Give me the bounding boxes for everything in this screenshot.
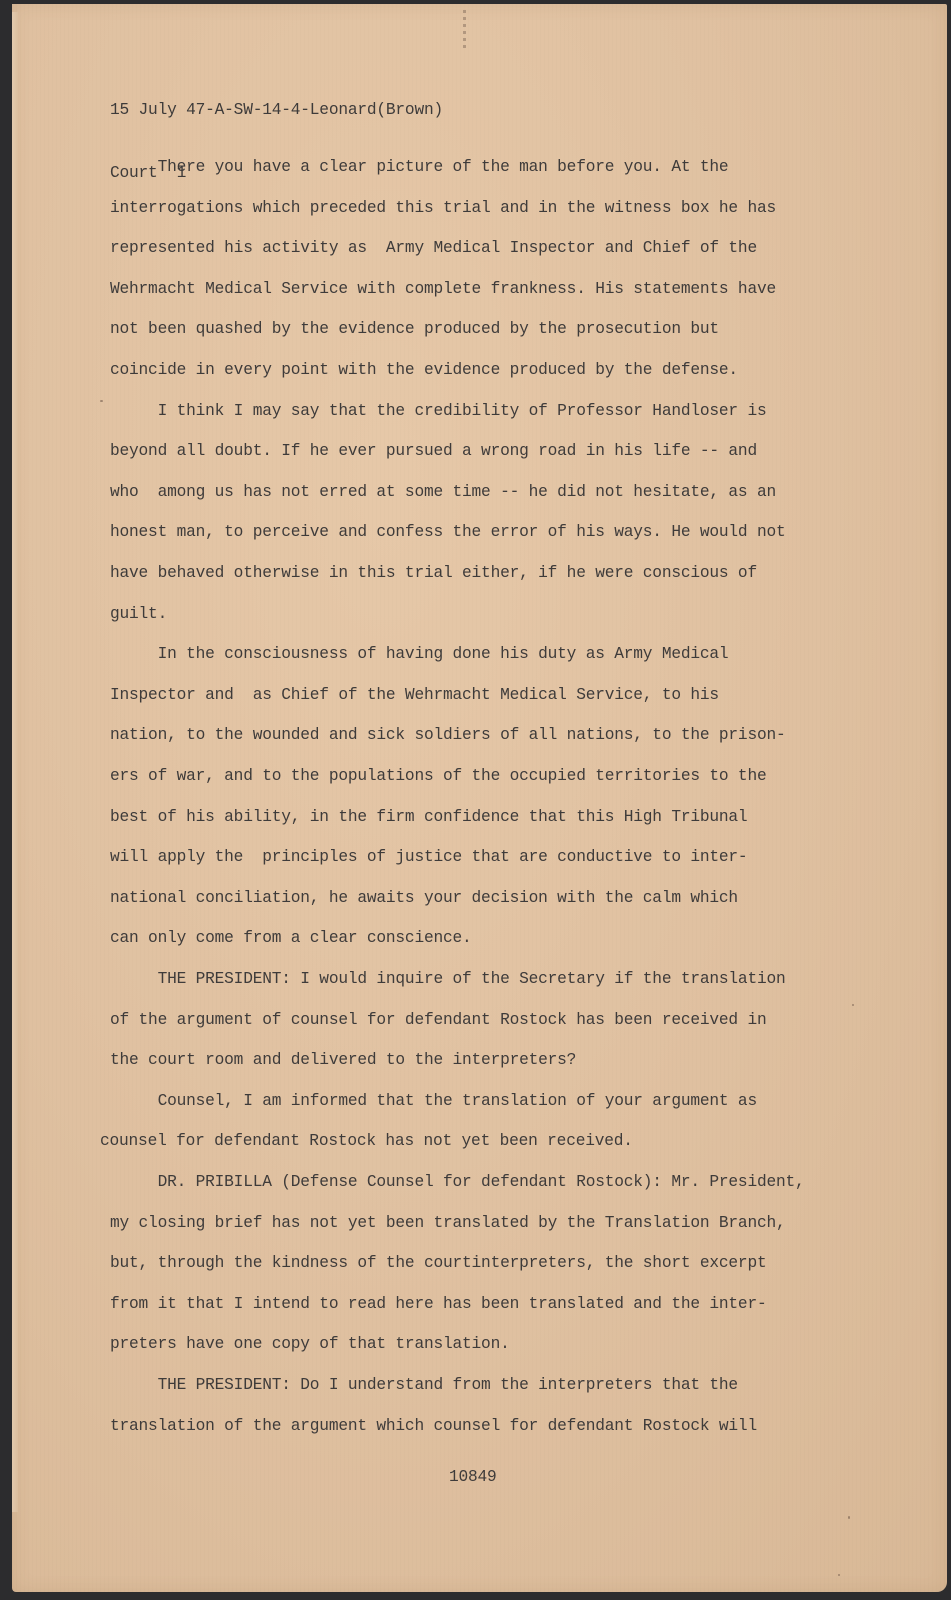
text-line: THE PRESIDENT: I would inquire of the Se… xyxy=(110,967,786,991)
paper-speck xyxy=(852,1004,854,1006)
text-line: Wehrmacht Medical Service with complete … xyxy=(110,277,776,301)
text-line: honest man, to perceive and confess the … xyxy=(110,520,786,544)
text-line: preters have one copy of that translatio… xyxy=(110,1332,510,1356)
text-line: ers of war, and to the populations of th… xyxy=(110,764,766,788)
text-line: counsel for defendant Rostock has not ye… xyxy=(100,1129,633,1153)
text-line: not been quashed by the evidence produce… xyxy=(110,317,719,341)
document-page: 15 July 47-A-SW-14-4-Leonard(Brown) Cour… xyxy=(12,4,947,1592)
text-line: best of his ability, in the firm confide… xyxy=(110,805,747,829)
text-line: There you have a clear picture of the ma… xyxy=(110,155,728,179)
text-line: my closing brief has not yet been transl… xyxy=(110,1211,786,1235)
text-line: have behaved otherwise in this trial eit… xyxy=(110,561,757,585)
text-line: In the consciousness of having done his … xyxy=(110,642,728,666)
text-line: will apply the principles of justice tha… xyxy=(110,845,747,869)
paper-speck xyxy=(838,1574,840,1576)
text-line: nation, to the wounded and sick soldiers… xyxy=(110,723,786,747)
paper-speck xyxy=(100,400,103,402)
text-line: beyond all doubt. If he ever pursued a w… xyxy=(110,439,757,463)
text-line: the court room and delivered to the inte… xyxy=(110,1048,576,1072)
text-line: coincide in every point with the evidenc… xyxy=(110,358,738,382)
text-line: who among us has not erred at some time … xyxy=(110,480,776,504)
header-reference-line: 15 July 47-A-SW-14-4-Leonard(Brown) xyxy=(110,100,443,121)
text-line: but, through the kindness of the courtin… xyxy=(110,1251,766,1275)
text-line: interrogations which preceded this trial… xyxy=(110,196,776,220)
text-line: I think I may say that the credibility o… xyxy=(110,399,766,423)
text-line: represented his activity as Army Medical… xyxy=(110,236,757,260)
text-line: national conciliation, he awaits your de… xyxy=(110,886,738,910)
text-line: from it that I intend to read here has b… xyxy=(110,1292,766,1316)
text-line: guilt. xyxy=(110,602,167,626)
text-line: Counsel, I am informed that the translat… xyxy=(110,1089,757,1113)
text-line: Inspector and as Chief of the Wehrmacht … xyxy=(110,683,719,707)
page-left-edge xyxy=(12,12,18,1512)
text-line: THE PRESIDENT: Do I understand from the … xyxy=(110,1373,738,1397)
text-line: of the argument of counsel for defendant… xyxy=(110,1008,766,1032)
text-line: can only come from a clear conscience. xyxy=(110,926,472,950)
fold-mark xyxy=(463,10,466,50)
page-number: 10849 xyxy=(449,1468,497,1486)
text-line: DR. PRIBILLA (Defense Counsel for defend… xyxy=(110,1170,805,1194)
paper-speck xyxy=(848,1516,850,1519)
text-line: translation of the argument which counse… xyxy=(110,1414,757,1438)
